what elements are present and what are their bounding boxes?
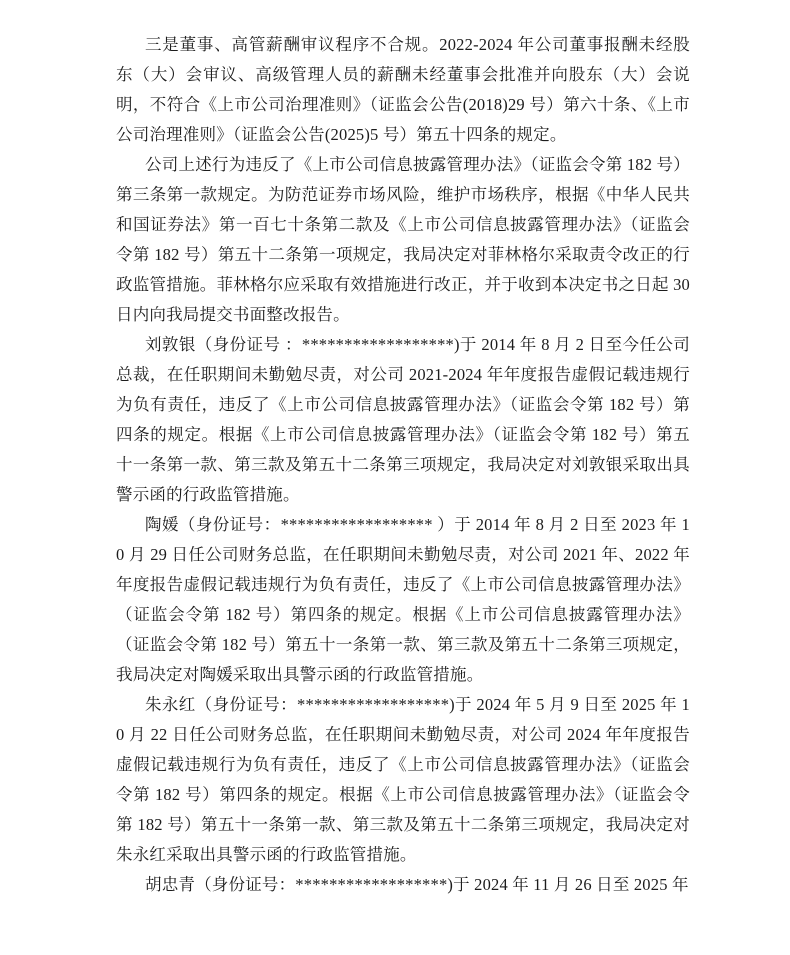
paragraph-hu-zhongqing-partial: 胡忠青（身份证号：******************)于 2024 年 11 … <box>116 870 690 900</box>
paragraph-liu-dunyin-warning: 刘敦银（身份证号 ：******************)于 2014 年 8 … <box>116 330 690 510</box>
document-text-block: 三是董事、高管薪酬审议程序不合规。2022-2024 年公司董事报酬未经股东（大… <box>116 30 690 900</box>
paragraph-zhu-yonghong-warning: 朱永红（身份证号：******************)于 2024 年 5 月… <box>116 690 690 870</box>
paragraph-tao-yuan-warning: 陶媛（身份证号：****************** ）于 2014 年 8 月… <box>116 510 690 690</box>
paragraph-salary-review-violation: 三是董事、高管薪酬审议程序不合规。2022-2024 年公司董事报酬未经股东（大… <box>116 30 690 150</box>
document-page: 三是董事、高管薪酬审议程序不合规。2022-2024 年公司董事报酬未经股东（大… <box>0 0 790 955</box>
paragraph-company-corrective-order: 公司上述行为违反了《上市公司信息披露管理办法》（证监会令第 182 号）第三条第… <box>116 150 690 330</box>
